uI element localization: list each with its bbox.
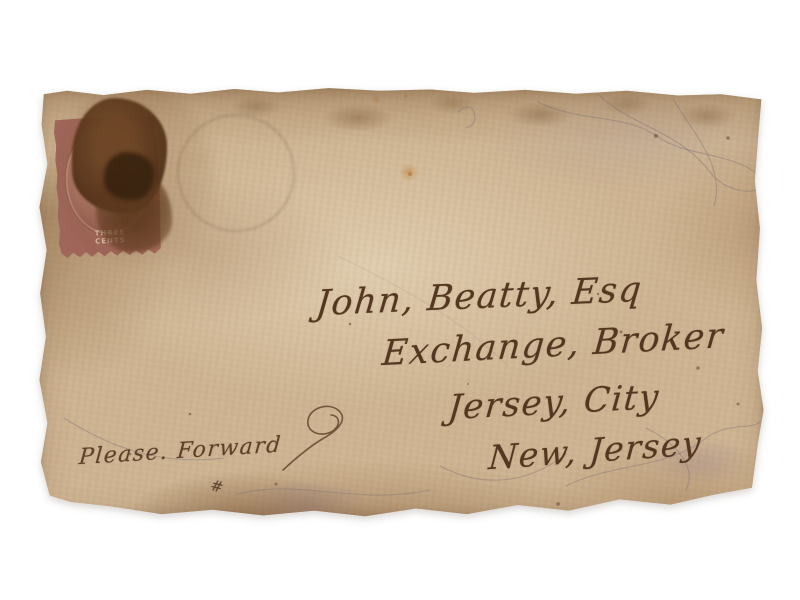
photo-background: THREE CENTS xyxy=(0,0,800,600)
ink-stain-dark-core xyxy=(104,152,154,200)
envelope-shadow-wrapper: THREE CENTS xyxy=(0,0,800,600)
pen-flourish-spiral xyxy=(283,406,342,470)
foxing-spots xyxy=(405,95,413,177)
address-line-occupation: Exchange, Broker xyxy=(380,316,725,374)
address-line-city: Jersey, City xyxy=(446,377,661,428)
envelope: THREE CENTS xyxy=(38,86,765,518)
postmark-circle xyxy=(177,114,295,232)
crease-line xyxy=(674,100,716,206)
crease-line xyxy=(238,489,430,495)
forward-hash-mark: # xyxy=(209,476,226,497)
address-line-recipient: John, Beatty, Esq xyxy=(314,270,644,324)
please-forward-note: Please. Forward xyxy=(78,433,283,471)
pencil-squiggle xyxy=(458,107,475,128)
address-line-state: New, Jersey xyxy=(487,423,703,477)
crease-line xyxy=(598,94,756,191)
crease-line xyxy=(538,102,758,174)
